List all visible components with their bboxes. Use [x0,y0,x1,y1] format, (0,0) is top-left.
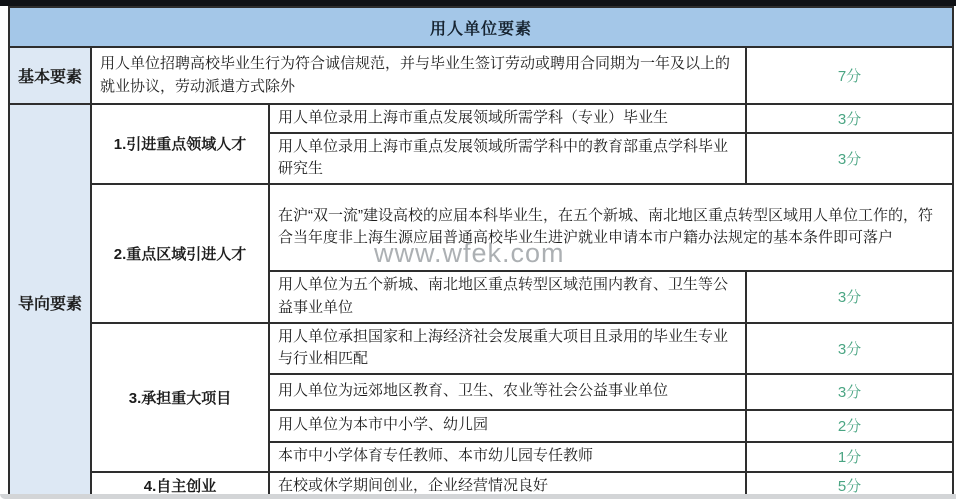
description-cell: 用人单位录用上海市重点发展领域所需学科中的教育部重点学科毕业研究生 [269,133,746,184]
employer-factors-table: 用人单位要素 基本要素 用人单位招聘高校毕业生行为符合诚信规范，并与毕业生签订劳… [8,6,954,499]
score-cell: 3分 [746,374,953,410]
table-row: 2.重点区域引进人才 在沪“双一流”建设高校的应届本科毕业生，在五个新城、南北地… [9,184,953,271]
description-cell: 在沪“双一流”建设高校的应届本科毕业生，在五个新城、南北地区重点转型区域用人单位… [269,184,953,271]
score-cell: 3分 [746,271,953,323]
description-cell: 用人单位为本市中小学、幼儿园 [269,410,746,442]
table-title: 用人单位要素 [9,7,953,47]
table-row: 基本要素 用人单位招聘高校毕业生行为符合诚信规范，并与毕业生签订劳动或聘用合同期… [9,47,953,104]
score-cell: 3分 [746,104,953,133]
description-cell: 本市中小学体育专任教师、本市幼儿园专任教师 [269,442,746,472]
section-key-region: 2.重点区域引进人才 [91,184,269,323]
description-basic: 用人单位招聘高校毕业生行为符合诚信规范，并与毕业生签订劳动或聘用合同期为一年及以… [91,47,746,104]
score-basic: 7分 [746,47,953,104]
description-cell: 用人单位承担国家和上海经济社会发展重大项目且录用的毕业生专业与行业相匹配 [269,323,746,374]
description-cell: 用人单位为五个新城、南北地区重点转型区域范围内教育、卫生等公益事业单位 [269,271,746,323]
description-cell: 用人单位录用上海市重点发展领域所需学科（专业）毕业生 [269,104,746,133]
score-cell: 1分 [746,442,953,472]
description-cell: 用人单位为远郊地区教育、卫生、农业等社会公益事业单位 [269,374,746,410]
score-cell: 3分 [746,323,953,374]
score-cell: 2分 [746,410,953,442]
category-orientation: 导向要素 [9,104,91,499]
table-header-row: 用人单位要素 [9,7,953,47]
table-row: 导向要素 1.引进重点领域人才 用人单位录用上海市重点发展领域所需学科（专业）毕… [9,104,953,133]
category-basic: 基本要素 [9,47,91,104]
table-row: 3.承担重大项目 用人单位承担国家和上海经济社会发展重大项目且录用的毕业生专业与… [9,323,953,374]
section-major-project: 3.承担重大项目 [91,323,269,472]
bottom-border-strip [0,494,956,499]
section-key-talent: 1.引进重点领域人才 [91,104,269,184]
score-cell: 3分 [746,133,953,184]
